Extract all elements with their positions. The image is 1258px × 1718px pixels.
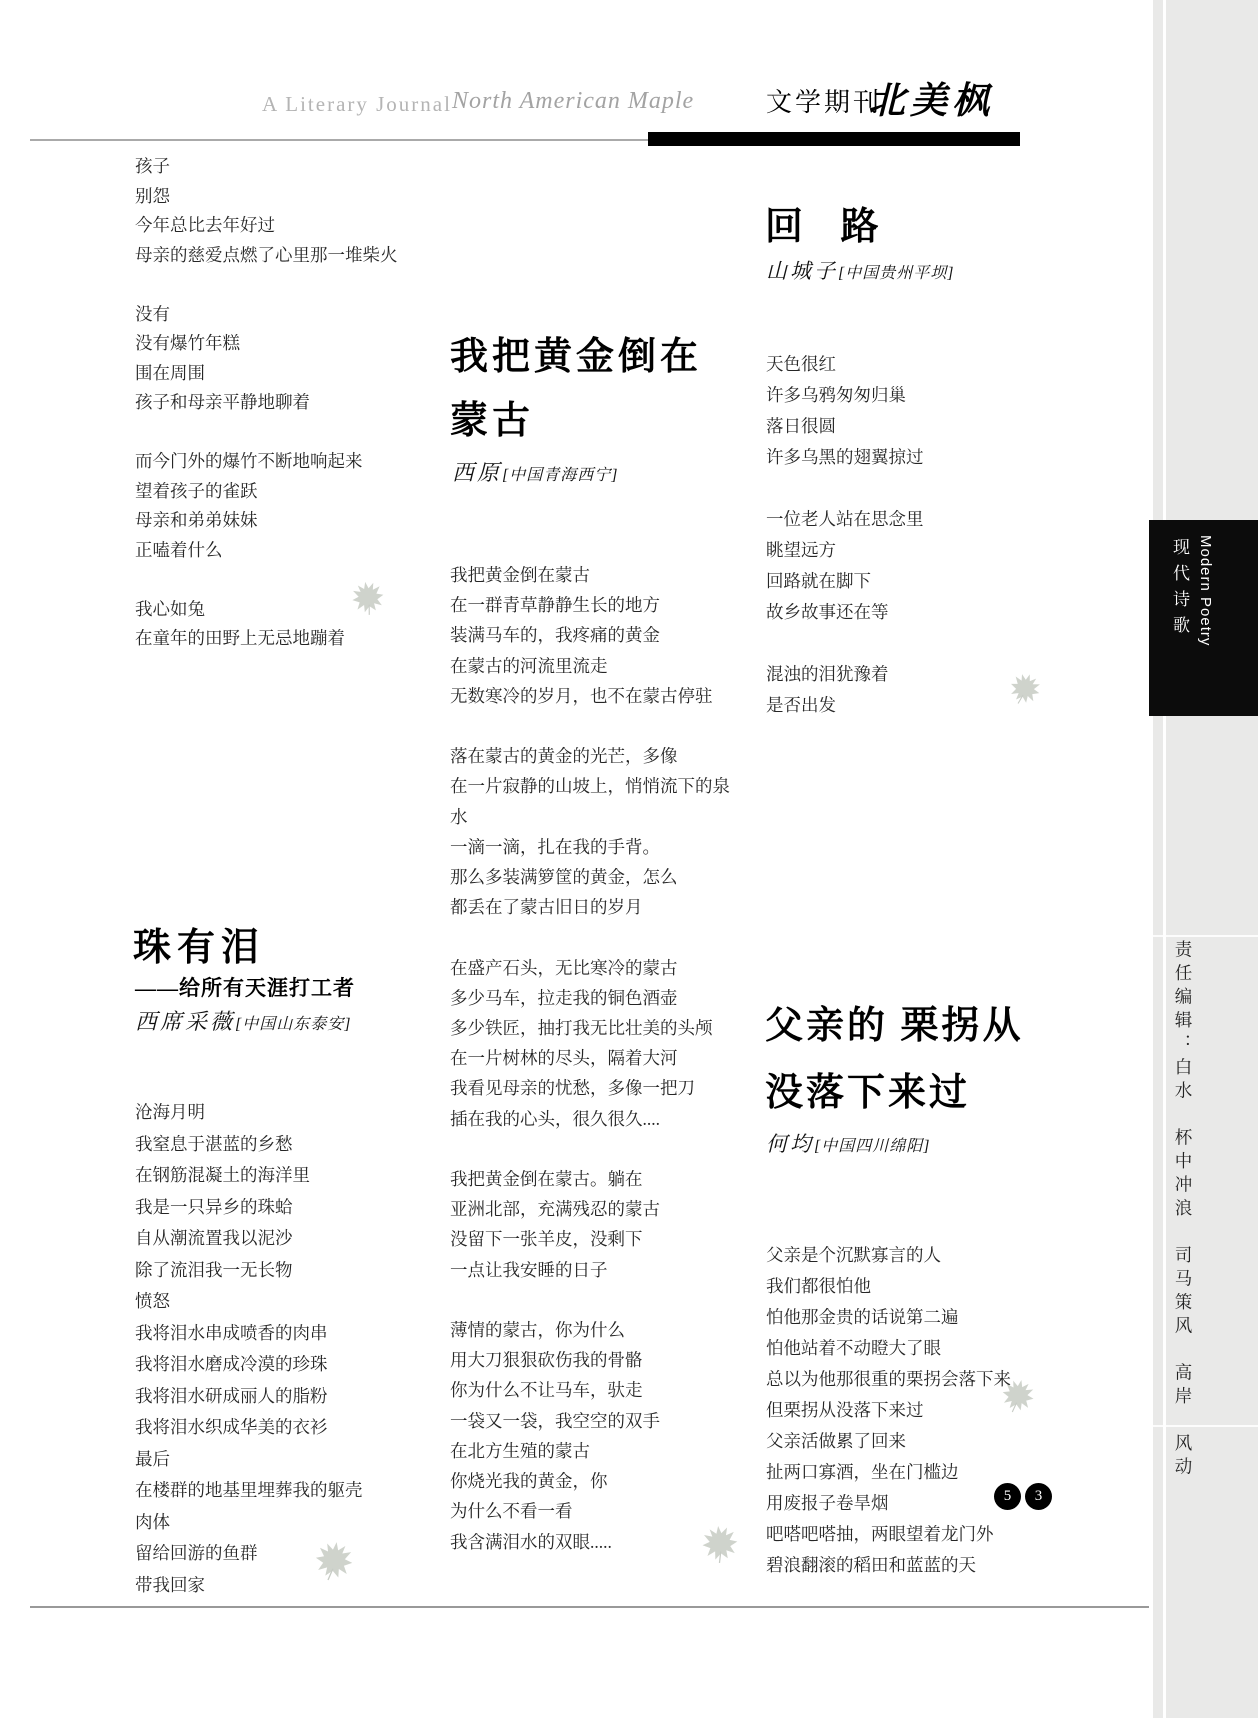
poem-title-gold-mongolia: 我把黄金倒在 蒙古: [450, 325, 702, 453]
poem-subtitle-zhuyoulei: ——给所有天涯打工者: [135, 972, 355, 1002]
poem-author-liguai: 何均[中国四川绵阳]: [766, 1128, 930, 1158]
poem-huilu-body: 天色很红 许多乌鸦匆匆归巢 落日很圆 许多乌黑的翅翼掠过 一位老人站在思念里 眺…: [766, 349, 1086, 721]
author-name: 西原: [452, 460, 502, 485]
side-strip: [1153, 0, 1258, 1718]
side-strip-divider: [1153, 935, 1258, 937]
poem-gold-mongolia-body: 我把黄金倒在蒙古 在一群青草静静生长的地方 装满马车的，我疼痛的黄金 在蒙古的河…: [450, 560, 780, 1557]
page-number-digit-left: 5: [994, 1483, 1021, 1510]
maple-leaf-icon: [310, 1537, 357, 1584]
journal-name-calligraphy: 北美枫: [868, 70, 994, 124]
section-label-zh: 现代诗歌: [1167, 538, 1192, 642]
journal-name-script: North American Maple: [452, 88, 694, 115]
author-name: 山城子: [766, 259, 838, 283]
poem-title-zhuyoulei: 珠有泪: [133, 916, 265, 971]
maple-leaf-icon: [997, 1375, 1040, 1418]
poem-liguai-body: 父亲是个沉默寡言的人 我们都很怕他 怕他那金贵的话说第二遍 怕他站着不动瞪大了眼…: [766, 1240, 1096, 1581]
section-label-en: Modern Poetry: [1197, 535, 1214, 646]
side-strip-divider-vertical: [1163, 0, 1166, 1718]
poem-title-liguai: 父亲的 栗拐从 没落下来过: [765, 993, 1024, 1127]
author-origin: [中国青海西宁]: [502, 467, 618, 484]
maple-leaf-icon: [698, 1522, 742, 1566]
author-name: 西席采薇: [135, 1009, 235, 1034]
maple-leaf-icon: [347, 577, 389, 619]
journal-page: A Literary Journal North American Maple …: [0, 0, 1258, 1718]
author-origin: [中国四川绵阳]: [814, 1138, 930, 1155]
side-strip-divider: [1153, 1425, 1258, 1427]
poem-author-huilu: 山城子[中国贵州平坝]: [766, 255, 954, 285]
header-rule: [30, 139, 648, 141]
poem-zhuyoulei-body: 沧海月明 我窒息于湛蓝的乡愁 在钢筋混凝土的海洋里 我是一只异乡的珠蛤 自从潮流…: [135, 1097, 465, 1601]
journal-type-zh: 文学期刊: [766, 82, 882, 119]
footer-rule: [30, 1606, 1149, 1608]
author-name: 何均: [766, 1132, 814, 1156]
page-number-digit-right: 3: [1025, 1483, 1052, 1510]
poem-title-huilu: 回 路: [765, 195, 893, 250]
author-origin: [中国贵州平坝]: [838, 265, 954, 282]
poem-author-zhuyoulei: 西席采薇[中国山东泰安]: [135, 1005, 351, 1036]
header-black-bar: [648, 132, 1020, 146]
author-origin: [中国山东泰安]: [235, 1016, 351, 1033]
poem-continuation-body: 孩子 别怨 今年总比去年好过 母亲的慈爱点燃了心里那一堆柴火 没有 没有爆竹年糕…: [135, 152, 465, 654]
poem-author-gold-mongolia: 西原[中国青海西宁]: [452, 456, 618, 487]
editors-credit: 责任编辑：白水 杯中冲浪 司马策风 高岸 风动: [1171, 940, 1196, 1481]
journal-subtitle-en: A Literary Journal: [262, 92, 452, 117]
